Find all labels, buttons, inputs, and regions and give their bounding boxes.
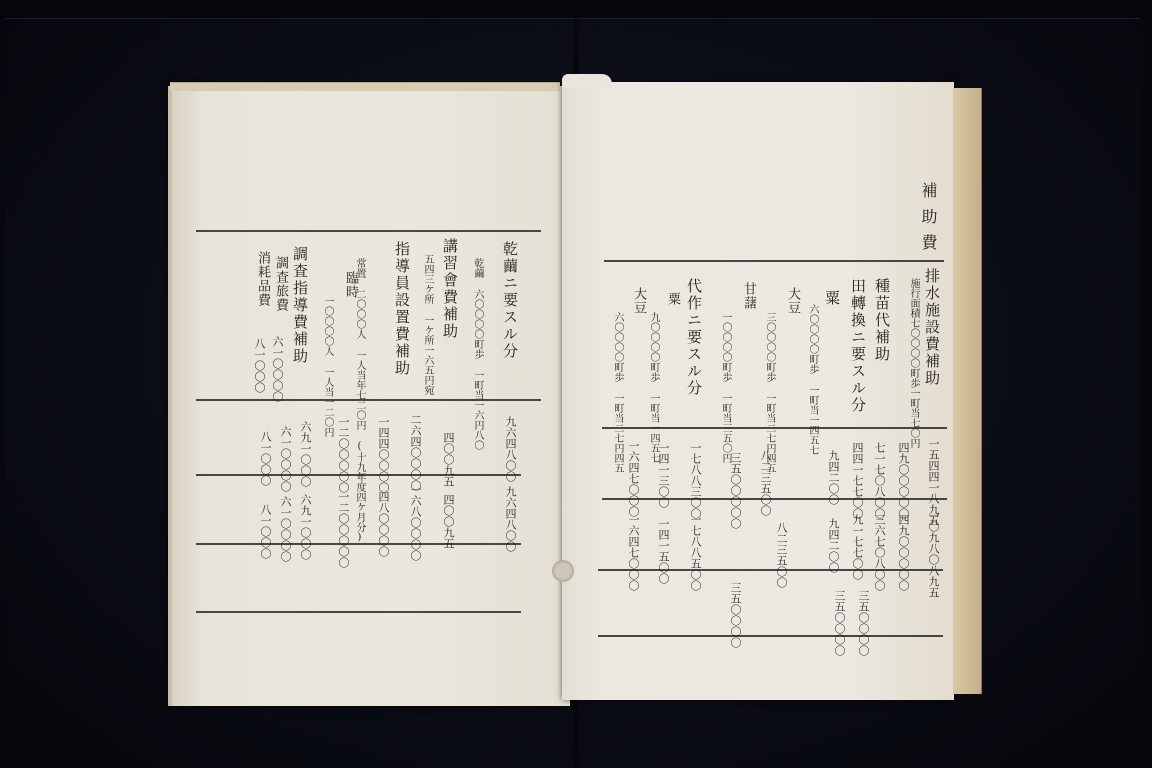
item-heading: 田轉換ニ要スル分 <box>850 278 865 414</box>
amount-cell: 六九一〇〇〇 <box>300 421 311 487</box>
item-detail: 八一〇〇〇 <box>254 338 265 393</box>
item-heading: 消耗品費 <box>256 251 269 307</box>
item-detail: 六一〇〇〇〇 <box>272 336 283 402</box>
amount-cell: 九六四八〇〇 <box>505 486 516 552</box>
left-page: 乾繭ニ要スル分 乾繭 六〇〇〇〇町歩 一町当一六円八〇 九六四八〇〇 九六四八〇… <box>168 86 570 706</box>
item-heading: 乾繭ニ要スル分 <box>502 241 517 360</box>
table-rule-top <box>196 230 541 232</box>
amount-cell: 三五〇〇〇〇〇 <box>730 452 741 529</box>
amount-cell: 四四一七七〇〇 <box>852 442 863 519</box>
amount-cell: 一六四七〇〇〇 <box>628 514 639 591</box>
amount-cell: 一四一五〇〇 <box>658 518 669 584</box>
page-edge <box>953 88 982 694</box>
item-heading: 甘藷 <box>742 282 755 310</box>
amount-cell: 九四二〇〇 <box>828 450 839 505</box>
item-heading: 調査旅費 <box>274 256 287 312</box>
amount-cell: 一六四七〇〇〇 <box>628 440 639 517</box>
table-rule-mid <box>196 399 541 401</box>
display-frame-top <box>0 0 1152 19</box>
amount-cell: 六一〇〇〇〇 <box>280 496 291 562</box>
amount-cell: 一二〇〇〇〇〇 <box>338 491 349 568</box>
item-detail: 五四三ケ所 一ケ所一六五円宛 <box>422 254 432 424</box>
item-detail: 六〇〇〇〇町歩 一町当一四五七 <box>807 304 817 424</box>
item-heading: 大豆 <box>632 287 645 315</box>
item-heading: 臨時 <box>344 271 357 299</box>
item-heading: 指導員設置費補助 <box>394 241 409 377</box>
amount-cell: 一四四〇〇〇〇 <box>378 416 389 493</box>
table-rule-bottom <box>598 569 943 571</box>
amount-cell: 八二三五〇〇 <box>760 450 771 516</box>
amount-cell: 一七八八五〇〇 <box>690 514 701 591</box>
amount-cell: 四八〇〇〇〇 <box>378 491 389 557</box>
amount-cell: 二六四〇〇〇〇 <box>410 414 421 491</box>
item-detail: 九〇〇〇〇町歩 一町当一四五七 <box>648 312 658 427</box>
binding-hole <box>552 560 574 582</box>
amount-cell: 九六四八〇〇 <box>505 416 516 482</box>
item-heading: 大豆 <box>786 287 799 315</box>
item-heading: 排水施設費補助 <box>924 268 939 387</box>
amount-cell: 七一七〇八〇〇 <box>874 442 885 519</box>
item-detail: 一〇〇〇〇人 一人当一二〇円 <box>322 296 332 406</box>
item-detail: 施行面積七〇〇〇〇町歩一町当七〇円 <box>908 278 918 428</box>
display-frame-right <box>1140 18 1152 768</box>
display-frame-left <box>0 18 6 768</box>
table-rule-foot <box>598 635 943 637</box>
table-rule-foot <box>196 611 521 613</box>
table-rule-top <box>604 260 944 262</box>
amount-cell: 九一七七〇〇 <box>852 514 863 580</box>
table-rule-bottom <box>196 543 521 545</box>
amount-cell: 八二三五〇〇 <box>776 522 787 588</box>
item-heading: 代作ニ要スル分 <box>686 278 701 397</box>
page-stack-edge <box>170 82 560 91</box>
amount-cell: 九四二〇〇 <box>828 518 839 573</box>
item-heading: 講習會費補助 <box>442 238 457 340</box>
page-title: 補助費 <box>920 182 936 260</box>
amount-cell: 六一〇〇〇〇 <box>280 426 291 492</box>
amount-cell: 四〇〇九五 <box>443 494 454 549</box>
table-rule-mid2 <box>602 498 947 500</box>
item-heading: 粟 <box>824 290 839 307</box>
amount-cell: 三五〇〇〇〇 <box>834 590 845 656</box>
amount-cell: 一二〇〇〇〇〇 <box>338 416 349 493</box>
amount-cell: 四九〇〇〇〇〇 <box>898 514 909 591</box>
amount-cell: 一七八八三〇〇 <box>690 442 701 519</box>
amount-cell: 八一〇〇〇 <box>260 431 271 486</box>
amount-cell: 一四一三〇〇 <box>658 442 669 508</box>
item-detail: 乾繭 六〇〇〇〇町歩 一町当一六円八〇 <box>472 258 482 458</box>
amount-cell: 一六八〇〇〇〇 <box>410 484 421 561</box>
item-heading: 種苗代補助 <box>874 278 889 363</box>
item-heading: 粟 <box>666 292 679 306</box>
item-detail: 三〇〇〇〇町歩 一町当二七円四五 <box>764 312 774 427</box>
right-page: 補助費 排水施設費補助 施行面積七〇〇〇〇町歩一町当七〇円 一五四四一八九五 一… <box>562 82 954 700</box>
item-heading: 調査指導費補助 <box>292 246 307 365</box>
paper-tear <box>562 74 612 88</box>
amount-cell: 四〇〇九五 <box>443 432 454 487</box>
amount-cell: 四九〇〇〇〇〇 <box>898 442 909 519</box>
item-detail: 六〇〇〇〇町歩 一町当二七円四五 <box>612 312 622 427</box>
amount-cell: 三五〇〇〇〇 <box>730 582 741 648</box>
amount-cell: 八一〇〇〇 <box>260 504 271 559</box>
amount-cell: 三六七〇八〇〇 <box>874 514 885 591</box>
item-detail: 一〇〇〇〇町歩 一町当三五〇円 <box>720 312 730 427</box>
amount-cell: 一〇九八〇八九五 <box>928 510 939 598</box>
amount-cell: 六九一〇〇〇 <box>300 494 311 560</box>
amount-cell: 三五〇〇〇〇 <box>858 590 869 656</box>
